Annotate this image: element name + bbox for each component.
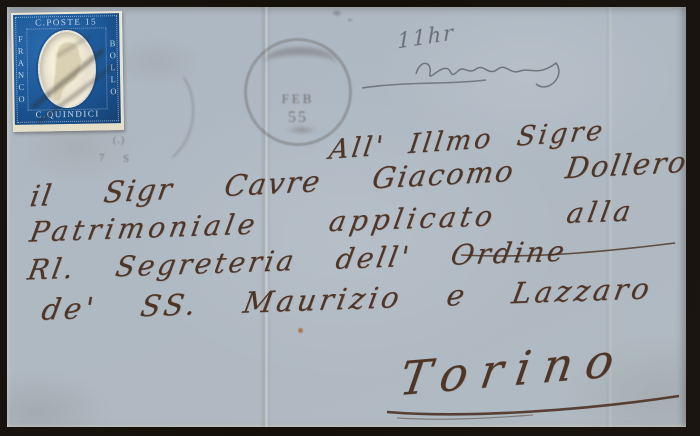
datestamp-town-arc-smudge: [263, 47, 337, 81]
postmark-glyph: S: [123, 153, 129, 165]
embossed-portrait-oval: [37, 30, 96, 109]
postmark-glyph: (.): [113, 135, 125, 146]
ordine-flourish: [459, 239, 679, 261]
pencil-expert-signature: [358, 50, 576, 104]
stamp-left-inscription: FRANCO: [14, 32, 27, 108]
datestamp-bottom-smudge: [285, 125, 319, 135]
rust-spot: [298, 328, 303, 333]
postmark-glyph: 7: [99, 152, 105, 164]
cover-photo: C.POSTE 15 FRANCO BOLLO C.QUINDICI FEB 5…: [0, 0, 700, 436]
stamp-top-inscription: C.POSTE 15: [23, 16, 109, 29]
king-profile-silhouette: [39, 32, 94, 107]
circular-datestamp: FEB 55: [244, 38, 352, 146]
stamp-bottom-inscription: C.QUINDICI: [25, 108, 111, 121]
torino-underline-flourish: [383, 392, 685, 422]
pencil-note: 11hr: [397, 20, 455, 53]
letter-cover: C.POSTE 15 FRANCO BOLLO C.QUINDICI FEB 5…: [7, 7, 686, 427]
datestamp-month: FEB: [247, 91, 349, 107]
